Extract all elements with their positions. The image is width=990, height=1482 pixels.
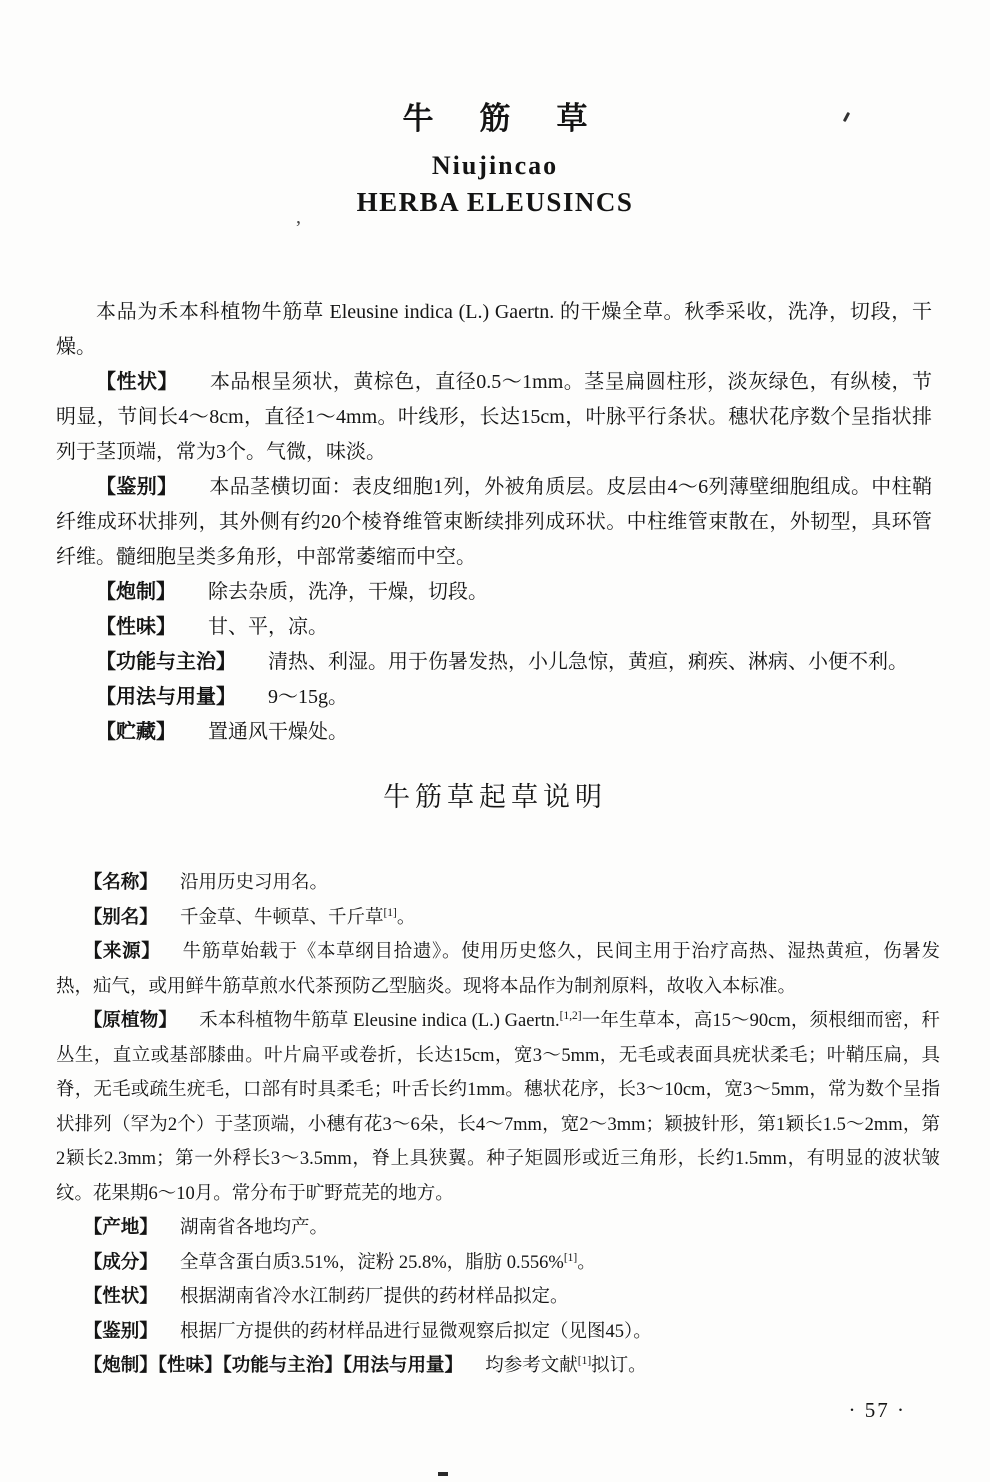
entry-text: 禾本科植物牛筋草 Eleusine indica (L.) Gaertn.[1,… [56, 1011, 940, 1204]
document-page: 牛筋草 Niujincao HERBA ELEUSINCS 本品为禾本科植物牛筋… [0, 0, 990, 1482]
monograph-entry: 【性状】根据湖南省冷水江制药厂提供的药材样品拟定。 [56, 1280, 940, 1315]
monograph-entry: 【别名】千金草、牛顿草、千斤草[1]。 [56, 901, 940, 936]
entry-text: 均参考文献[1]拟订。 [485, 1356, 646, 1376]
monograph-entry: 【产地】湖南省各地均产。 [56, 1211, 940, 1246]
entry-label: 【产地】 [84, 1218, 158, 1238]
entry-label: 【炮制】 [96, 581, 176, 603]
entry-text: 牛筋草始载于《本草纲目拾遗》。使用历史悠久，民间主用于治疗高热、湿热黄疸，伤暑发… [56, 942, 940, 997]
entry-label: 【功能与主治】 [96, 651, 236, 673]
monograph-entry: 【成分】全草含蛋白质3.51%，淀粉 25.8%，脂肪 0.556%[1]。 [56, 1246, 940, 1281]
entry-text: 根据湖南省冷水江制药厂提供的药材样品拟定。 [180, 1287, 569, 1307]
entry-text: 沿用历史习用名。 [180, 873, 328, 893]
entry-text: 本品茎横切面：表皮细胞1列，外被角质层。皮层由4～6列薄壁细胞组成。中柱鞘纤维成… [56, 476, 932, 568]
entry-text: 全草含蛋白质3.51%，淀粉 25.8%，脂肪 0.556%[1]。 [180, 1253, 596, 1273]
explanation-section: 【名称】沿用历史习用名。【别名】千金草、牛顿草、千斤草[1]。【来源】牛筋草始载… [0, 866, 990, 1384]
entry-label: 【别名】 [84, 908, 158, 928]
entry-label: 【功能与主治】 [223, 1356, 343, 1376]
monograph-header: 牛筋草 Niujincao HERBA ELEUSINCS [0, 0, 990, 217]
monograph-section: 本品为禾本科植物牛筋草 Eleusine indica (L.) Gaertn.… [0, 295, 990, 750]
entry-text: 9～15g。 [268, 686, 348, 708]
monograph-entry: 【原植物】禾本科植物牛筋草 Eleusine indica (L.) Gaert… [56, 1004, 940, 1211]
entry-text: 根据厂方提供的药材样品进行显微观察后拟定（见图45）。 [180, 1322, 652, 1342]
monograph-entry: 【用法与用量】9～15g。 [56, 680, 932, 715]
entry-text: 湖南省各地均产。 [180, 1218, 328, 1238]
entry-label: 【鉴别】 [84, 1322, 158, 1342]
entry-text: 千金草、牛顿草、千斤草[1]。 [180, 908, 415, 928]
monograph-entry: 【功能与主治】清热、利湿。用于伤暑发热，小儿急惊，黄疸，痢疾、淋病、小便不利。 [56, 645, 932, 680]
entry-text: 本品根呈须状，黄棕色，直径0.5～1mm。茎呈扁圆柱形，淡灰绿色，有纵棱，节明显… [56, 371, 932, 463]
entry-label: 【鉴别】 [96, 476, 177, 498]
monograph-entry: 【名称】沿用历史习用名。 [56, 866, 940, 901]
monograph-entry: 【性状】本品根呈须状，黄棕色，直径0.5～1mm。茎呈扁圆柱形，淡灰绿色，有纵棱… [56, 365, 932, 470]
page-number: · 57 · [849, 1398, 907, 1423]
entry-label: 【性状】 [84, 1287, 158, 1307]
entry-text: 清热、利湿。用于伤暑发热，小儿急惊，黄疸，痢疾、淋病、小便不利。 [268, 651, 908, 673]
entry-label: 【来源】 [84, 942, 161, 962]
entry-label: 【名称】 [84, 873, 158, 893]
entry-label: 【性味】 [96, 616, 176, 638]
explanation-heading: 牛筋草起草说明 [0, 782, 990, 812]
monograph-entry: 【贮藏】置通风干燥处。 [56, 715, 932, 750]
entry-text: 置通风干燥处。 [208, 721, 348, 743]
page-title-pinyin: Niujincao [0, 152, 990, 180]
entry-label: 【性味】 [158, 1356, 223, 1376]
entry-label: 【炮制】 [84, 1356, 158, 1376]
scan-artifact-bottom [438, 1472, 448, 1476]
page-title: 牛筋草 [0, 102, 990, 136]
entry-label: 【性状】 [96, 371, 178, 393]
monograph-entry: 【来源】牛筋草始载于《本草纲目拾遗》。使用历史悠久，民间主用于治疗高热、湿热黄疸… [56, 935, 940, 1004]
monograph-entry: 【鉴别】根据厂方提供的药材样品进行显微观察后拟定（见图45）。 [56, 1315, 940, 1350]
entry-label: 【原植物】 [84, 1011, 177, 1031]
entry-text: 甘、平，凉。 [208, 616, 328, 638]
entry-label: 【贮藏】 [96, 721, 176, 743]
monograph-entry: 【鉴别】本品茎横切面：表皮细胞1列，外被角质层。皮层由4～6列薄壁细胞组成。中柱… [56, 470, 932, 575]
monograph-entry: 【炮制】除去杂质，洗净，干燥，切段。 [56, 575, 932, 610]
monograph-entry: 本品为禾本科植物牛筋草 Eleusine indica (L.) Gaertn.… [56, 295, 932, 365]
entry-label: 【成分】 [84, 1253, 158, 1273]
monograph-entry: 【炮制】【性味】【功能与主治】【用法与用量】均参考文献[1]拟订。 [56, 1349, 940, 1384]
entry-text: 除去杂质，洗净，干燥，切段。 [208, 581, 488, 603]
entry-label: 【用法与用量】 [343, 1356, 463, 1376]
monograph-entry: 【性味】甘、平，凉。 [56, 610, 932, 645]
entry-label: 【用法与用量】 [96, 686, 236, 708]
entry-text: 本品为禾本科植物牛筋草 Eleusine indica (L.) Gaertn.… [56, 301, 932, 358]
scan-artifact-comma: , [296, 206, 301, 229]
page-title-latin: HERBA ELEUSINCS [0, 187, 990, 217]
